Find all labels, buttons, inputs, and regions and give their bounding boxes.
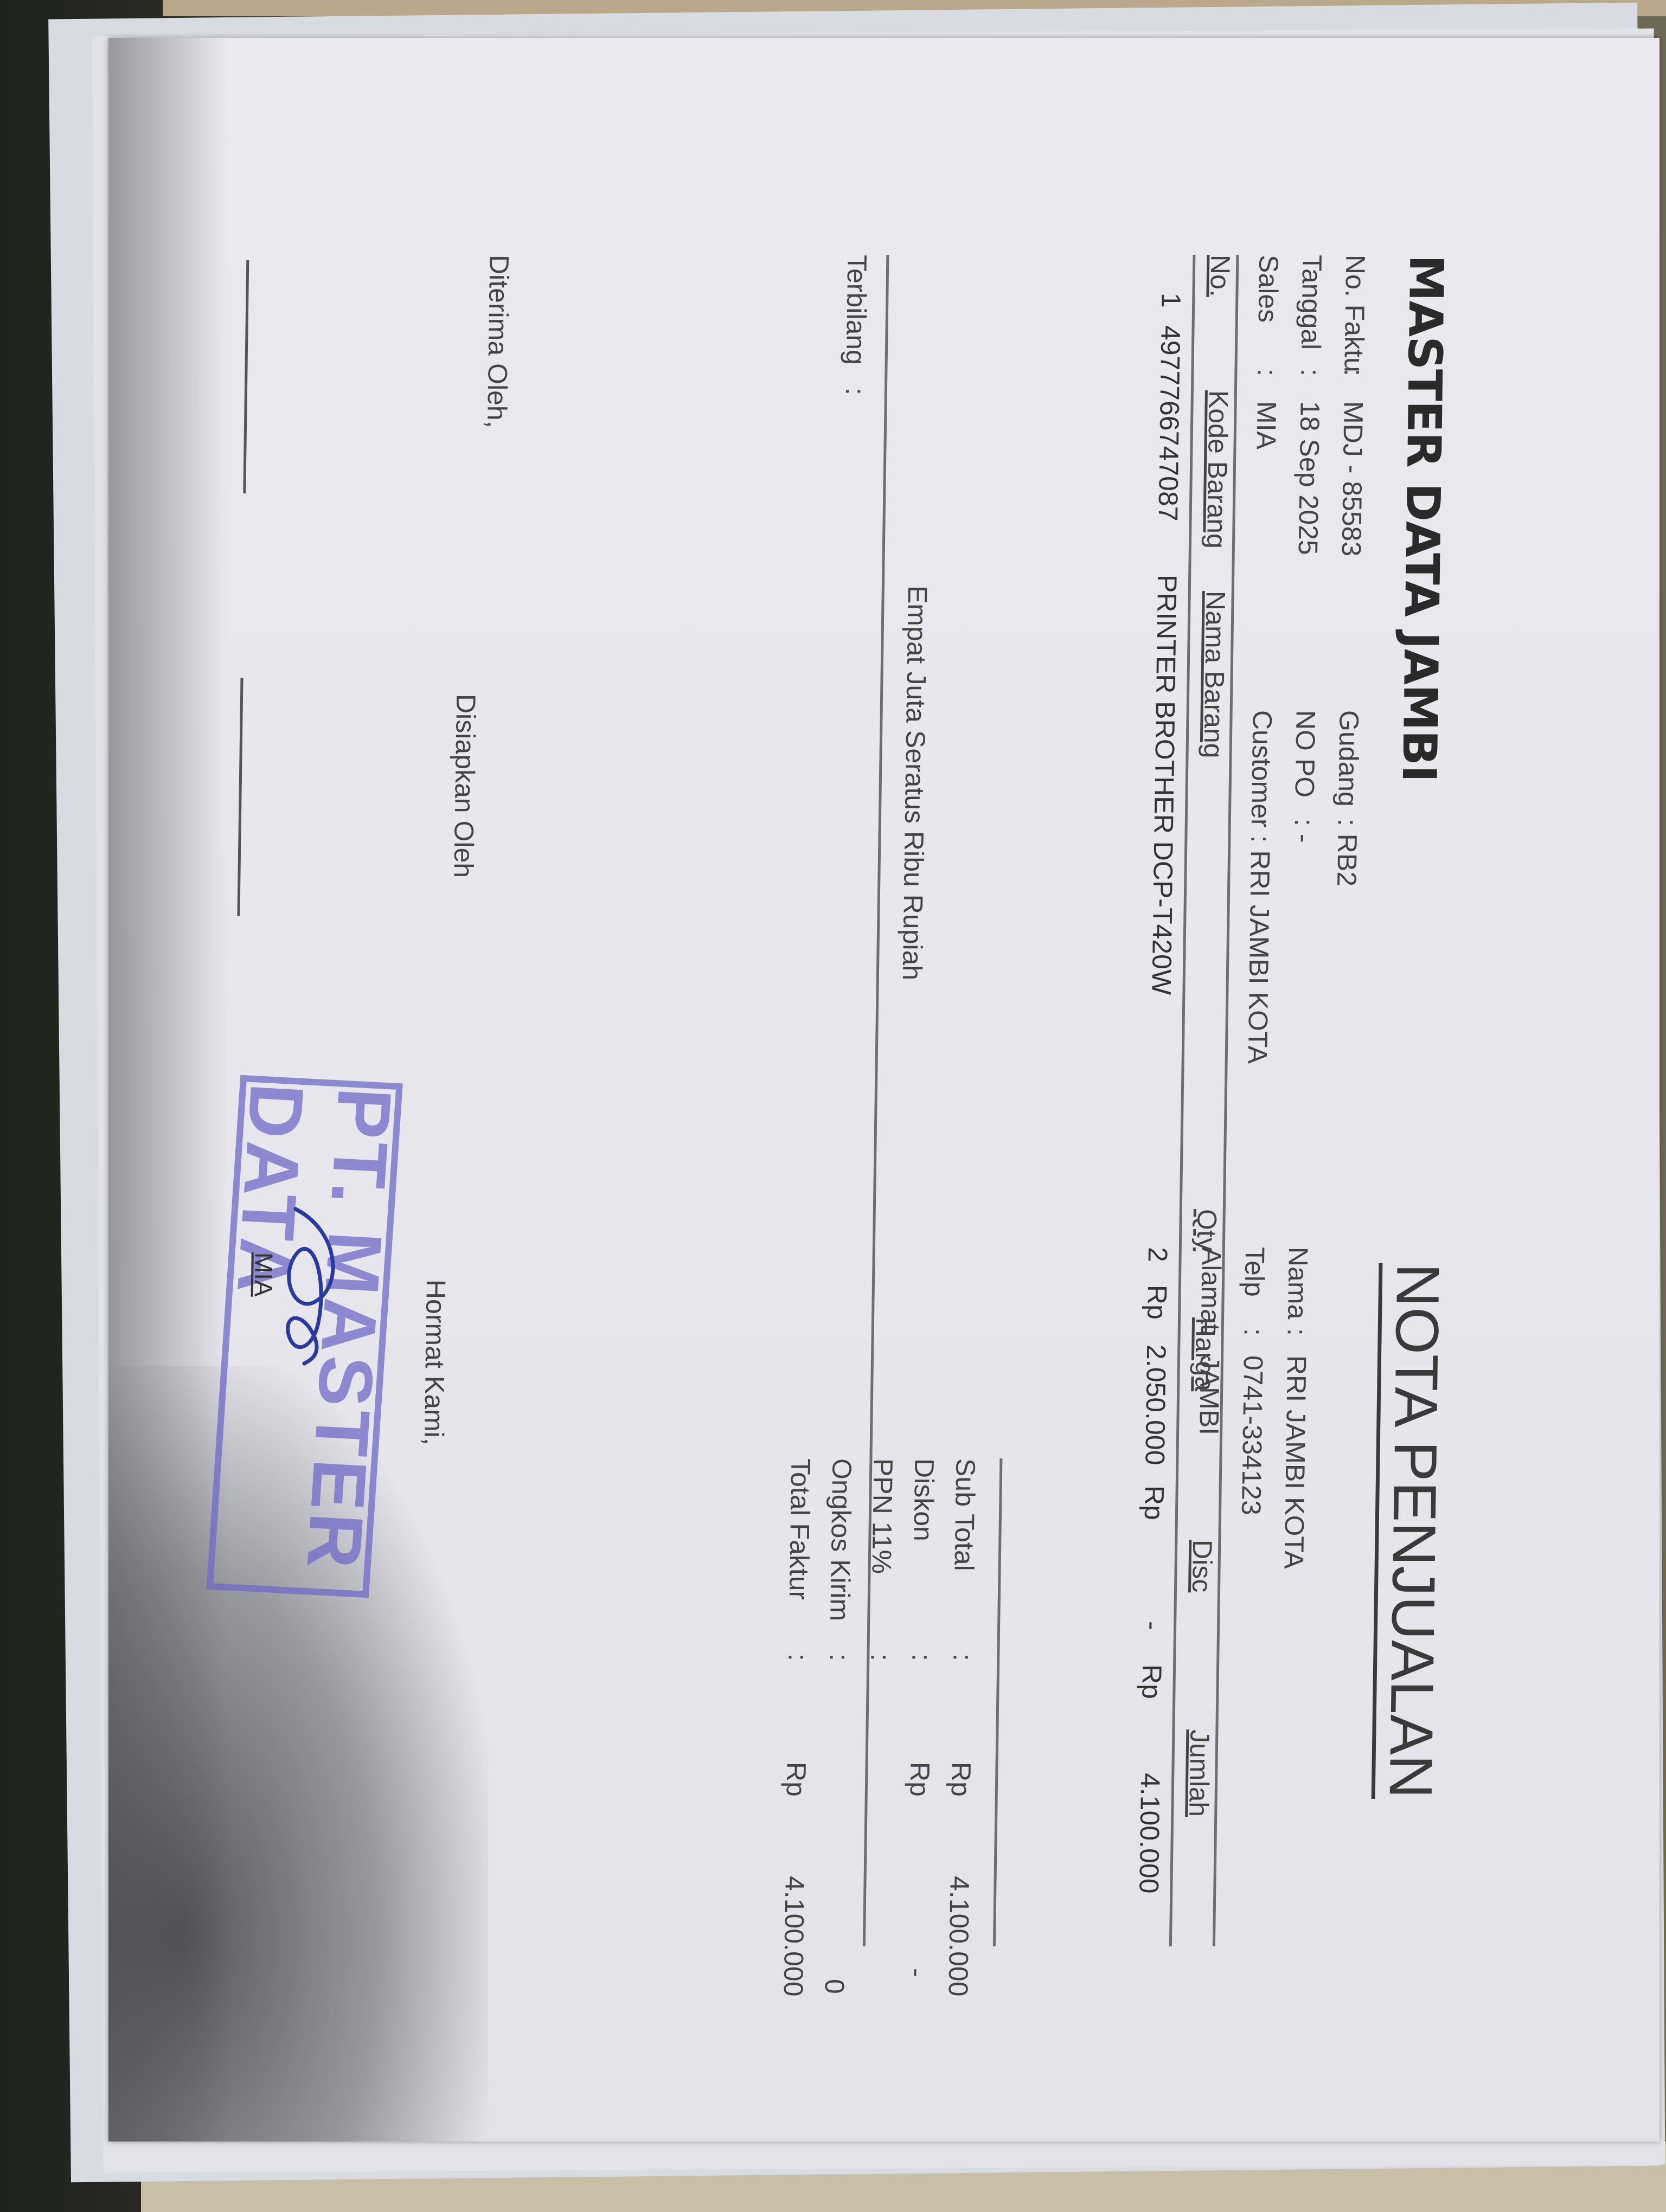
row-discount-currency: Rp (1138, 1486, 1170, 1520)
separator: : (901, 1654, 942, 1661)
vat-label: PPN 11% (861, 1458, 904, 1574)
subtotal-value: 4.100.000 (938, 1876, 981, 1996)
separator: : (818, 1654, 860, 1661)
invoice-number-row: No. Faktu:MDJ - 85583 (1330, 255, 1377, 556)
received-signature-line (243, 260, 249, 493)
row-no: 1 (1155, 293, 1187, 308)
date-row: Tanggal:18 Sep 2025 (1286, 255, 1334, 556)
po-row: NO PO: - (1279, 710, 1328, 1064)
address-row: Alamat:JAMBI (1186, 1247, 1233, 1569)
sales-value: MIA (1251, 401, 1281, 449)
signer-name: MIA (249, 1252, 279, 1297)
invoice-info: No. Faktu:MDJ - 85583 Tanggal:18 Sep 202… (1243, 255, 1377, 556)
customer-value: RRI JAMBI KOTA (1242, 850, 1276, 1064)
discount-label: Diskon (902, 1458, 945, 1541)
separator: : (860, 1654, 901, 1661)
separator: : (942, 1654, 983, 1661)
row-item-code: 4977766747087 (1152, 325, 1187, 522)
discount-value: - (896, 1968, 938, 1977)
customer-label: Customer (1246, 710, 1278, 828)
prepared-signature-line (237, 678, 243, 916)
row-price: 2.050.000 (1139, 1345, 1172, 1465)
warehouse-value: RB2 (1331, 834, 1362, 886)
subtotal-currency: Rp (940, 1762, 982, 1797)
sales-label: Sales (1246, 255, 1291, 369)
shipping-value: 0 (814, 1979, 855, 1994)
row-amount-currency: Rp (1136, 1664, 1168, 1699)
company-name: MASTER DATA JAMBI (1392, 255, 1453, 782)
col-item-name: Nama Barang (1197, 591, 1231, 758)
order-info: Gudang: RB2 NO PO: - Customer : RRI JAMB… (1236, 710, 1371, 1064)
terbilang-label: Terbilang (840, 255, 873, 365)
separator: : (1289, 819, 1319, 834)
address-label: Alamat (1189, 1247, 1233, 1328)
terbilang-value: Empat Juta Seratus Ribu Rupiah (896, 586, 933, 980)
col-qty: Qty (1191, 1209, 1223, 1251)
document-title: NOTA PENJUALAN (1372, 1263, 1450, 1799)
separator: : (1332, 819, 1363, 834)
po-value: - (1289, 834, 1319, 843)
phone-row: Telp:0741-334123 (1229, 1247, 1277, 1569)
customer-name-row: Nama:RRI JAMBI KOTA (1272, 1247, 1320, 1569)
invoice-total-value: 4.100.000 (773, 1876, 816, 1996)
discount-currency: Rp (899, 1762, 941, 1797)
separator: : (1289, 369, 1332, 401)
col-item-code: Kode Barang (1201, 390, 1234, 549)
totals-top-rule (993, 1458, 1003, 1946)
warehouse-label: Gudang (1326, 710, 1371, 819)
prepared-by-label: Disiapkan Oleh (447, 694, 482, 878)
separator: : (1332, 369, 1376, 401)
shipping-label: Ongkos Kirim (819, 1458, 862, 1621)
separator: : (840, 388, 871, 395)
separator: : (1245, 828, 1276, 851)
separator: : (1275, 1328, 1319, 1355)
po-label: NO PO (1283, 710, 1328, 819)
invoice-total-currency: Rp (776, 1762, 817, 1797)
row-amount: 4.100.000 (1133, 1773, 1166, 1893)
separator: : (777, 1654, 818, 1661)
phone-value: 0741-334123 (1236, 1355, 1268, 1515)
separator: : (1232, 1328, 1276, 1355)
date-label: Tanggal (1289, 255, 1334, 369)
invoice-total-label: Total Faktur (778, 1458, 822, 1600)
row-item-name: PRINTER BROTHER DCP-T420W (1145, 575, 1183, 995)
phone-label: Telp (1232, 1247, 1277, 1328)
invoice-number-label: No. Faktu (1332, 255, 1377, 369)
row-discount: - (1137, 1621, 1168, 1630)
col-discount: Disc (1186, 1540, 1218, 1592)
col-amount: Jumlah (1183, 1729, 1215, 1817)
customer-row: Customer : RRI JAMBI KOTA (1236, 710, 1284, 1064)
name-value: RRI JAMBI KOTA (1279, 1355, 1312, 1569)
customer-details: Nama:RRI JAMBI KOTA Telp:0741-334123 Ala… (1186, 1247, 1320, 1569)
row-price-currency: Rp (1141, 1285, 1173, 1320)
invoice-number-value: MDJ - 85583 (1336, 401, 1369, 556)
table-bottom-rule (863, 255, 889, 1946)
col-price: Harga (1189, 1317, 1221, 1391)
col-no: No. (1204, 255, 1236, 297)
regards-label: Hormat Kami, (418, 1279, 452, 1445)
sales-note-document: MASTER DATA JAMBI NOTA PENJUALAN No. Fak… (81, 233, 1464, 2185)
separator: : (1245, 369, 1289, 401)
row-qty: 2 (1142, 1247, 1173, 1262)
date-value: 18 Sep 2025 (1293, 401, 1325, 555)
name-label: Nama (1276, 1247, 1320, 1328)
received-by-label: Diterima Oleh, (481, 255, 515, 428)
warehouse-row: Gudang: RB2 (1323, 710, 1371, 1064)
sales-row: Sales:MIA (1243, 255, 1291, 556)
subtotal-label: Sub Total (944, 1458, 986, 1571)
